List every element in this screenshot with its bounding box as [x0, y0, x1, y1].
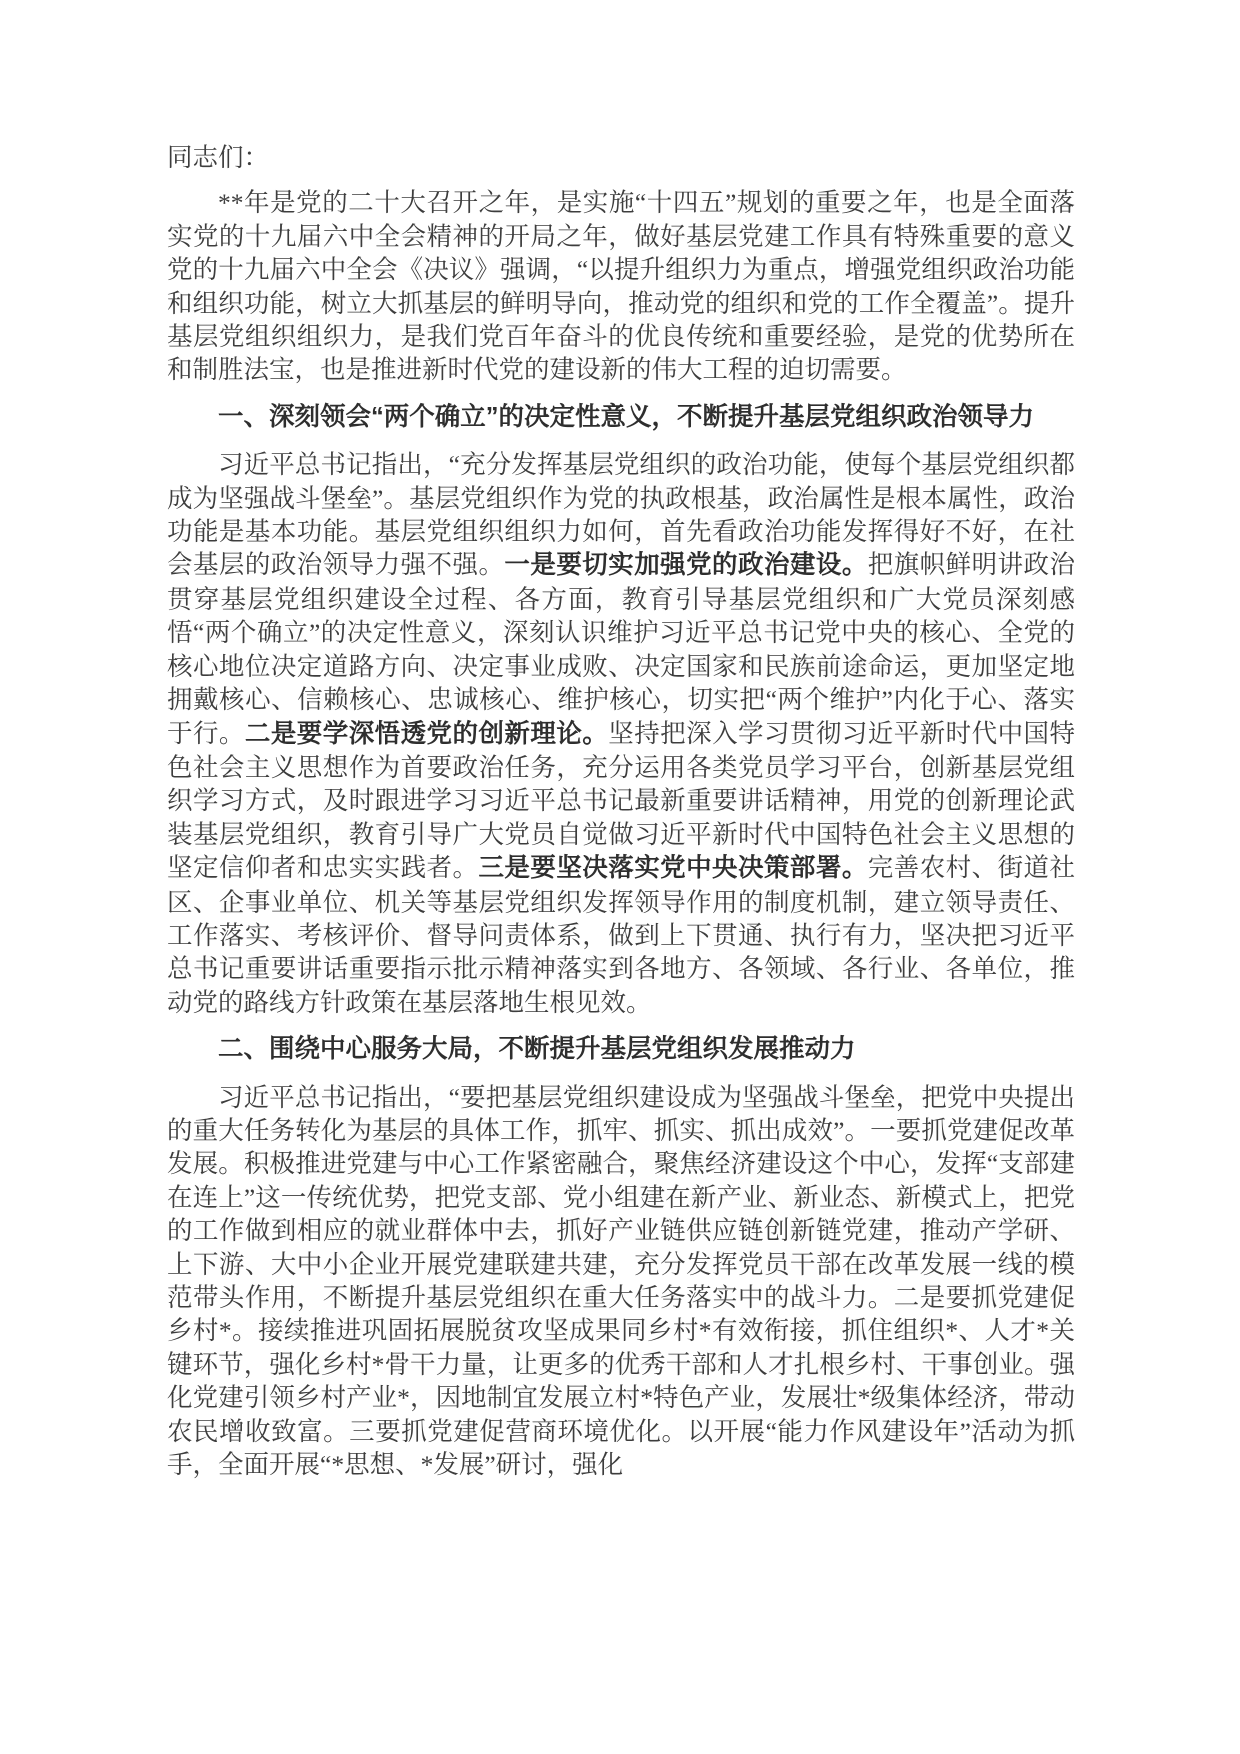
document-page: 同志们：**年是党的二十大召开之年，是实施“十四五”规划的重要之年，也是全面落实…	[0, 0, 1240, 1754]
bold-text-run: 二是要学深悟透党的创新理论。	[245, 720, 608, 748]
section-heading: 一、深刻领会“两个确立”的决定性意义，不断提升基层党组织政治领导力	[167, 401, 1075, 434]
section-heading: 二、围绕中心服务大局，不断提升基层党组织发展推动力	[167, 1033, 1075, 1066]
text-run: **年是党的二十大召开之年，是实施“十四五”规划的重要之年，也是全面落实党的十九…	[167, 188, 1075, 384]
salutation-line: 同志们：	[167, 141, 1075, 174]
text-run: 同志们：	[167, 143, 269, 172]
body-paragraph: 习近平总书记指出，“充分发挥基层党组织的政治功能，使每个基层党组织都成为坚强战斗…	[167, 448, 1075, 1019]
body-paragraph: 习近平总书记指出，“要把基层党组织建设成为坚强战斗堡垒，把党中央提出的重大任务转…	[167, 1081, 1075, 1482]
body-paragraph: **年是党的二十大召开之年，是实施“十四五”规划的重要之年，也是全面落实党的十九…	[167, 186, 1075, 386]
bold-text-run: 三是要坚决落实党中央决策部署。	[478, 854, 867, 882]
bold-text-run: 一、深刻领会“两个确立”的决定性意义，不断提升基层党组织政治领导力	[218, 403, 1034, 431]
bold-text-run: 一是要切实加强党的政治建设。	[504, 551, 867, 579]
text-run: 习近平总书记指出，“要把基层党组织建设成为坚强战斗堡垒，把党中央提出的重大任务转…	[167, 1083, 1075, 1479]
document-body: 同志们：**年是党的二十大召开之年，是实施“十四五”规划的重要之年，也是全面落实…	[167, 141, 1075, 1493]
bold-text-run: 二、围绕中心服务大局，不断提升基层党组织发展推动力	[218, 1035, 856, 1063]
